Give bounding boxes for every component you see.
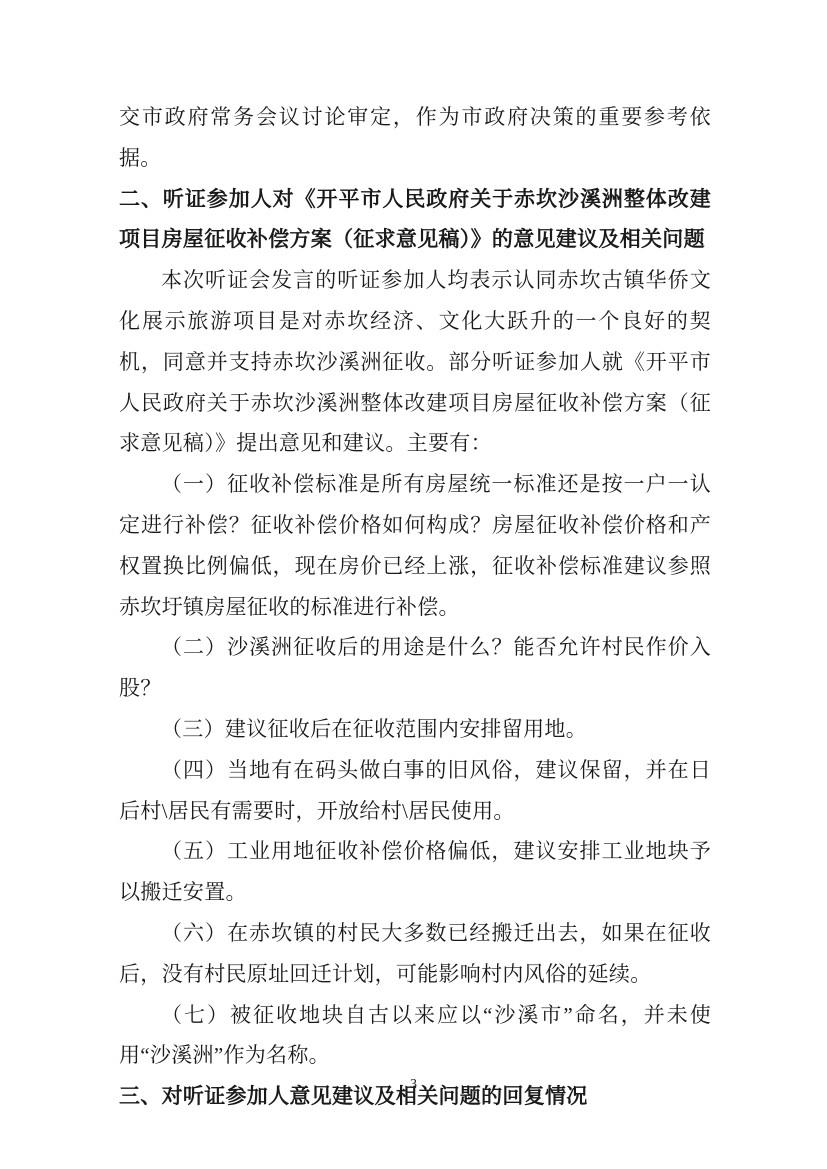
list-item-3: （三）建议征收后在征收范围内安排留用地。 (119, 709, 711, 750)
document-body: 交市政府常务会议讨论审定，作为市政府决策的重要参考依据。 二、听证参加人对《开平… (119, 97, 711, 1117)
list-item-2: （二）沙溪洲征收后的用途是什么？能否允许村民作价入股？ (119, 627, 711, 709)
list-item-6: （六）在赤坎镇的村民大多数已经搬迁出去，如果在征收后，没有村民原址回迁计划，可能… (119, 913, 711, 995)
page-number: 3 (0, 1076, 827, 1094)
list-item-4: （四）当地有在码头做白事的旧风俗，建议保留，并在日后村\居民有需要时，开放给村\… (119, 750, 711, 832)
section-heading-2: 二、听证参加人对《开平市人民政府关于赤坎沙溪洲整体改建项目房屋征收补偿方案（征求… (119, 179, 711, 261)
list-item-7: （七）被征收地块自古以来应以“沙溪市”命名，并未使用“沙溪洲”作为名称。 (119, 995, 711, 1077)
document-page: 交市政府常务会议讨论审定，作为市政府决策的重要参考依据。 二、听证参加人对《开平… (0, 0, 827, 1169)
paragraph-continuation: 交市政府常务会议讨论审定，作为市政府决策的重要参考依据。 (119, 97, 711, 179)
list-item-1: （一）征收补偿标准是所有房屋统一标准还是按一户一认定进行补偿？征收补偿价格如何构… (119, 464, 711, 627)
paragraph-intro: 本次听证会发言的听证参加人均表示认同赤坎古镇华侨文化展示旅游项目是对赤坎经济、文… (119, 260, 711, 464)
list-item-5: （五）工业用地征收补偿价格偏低，建议安排工业地块予以搬迁安置。 (119, 831, 711, 913)
